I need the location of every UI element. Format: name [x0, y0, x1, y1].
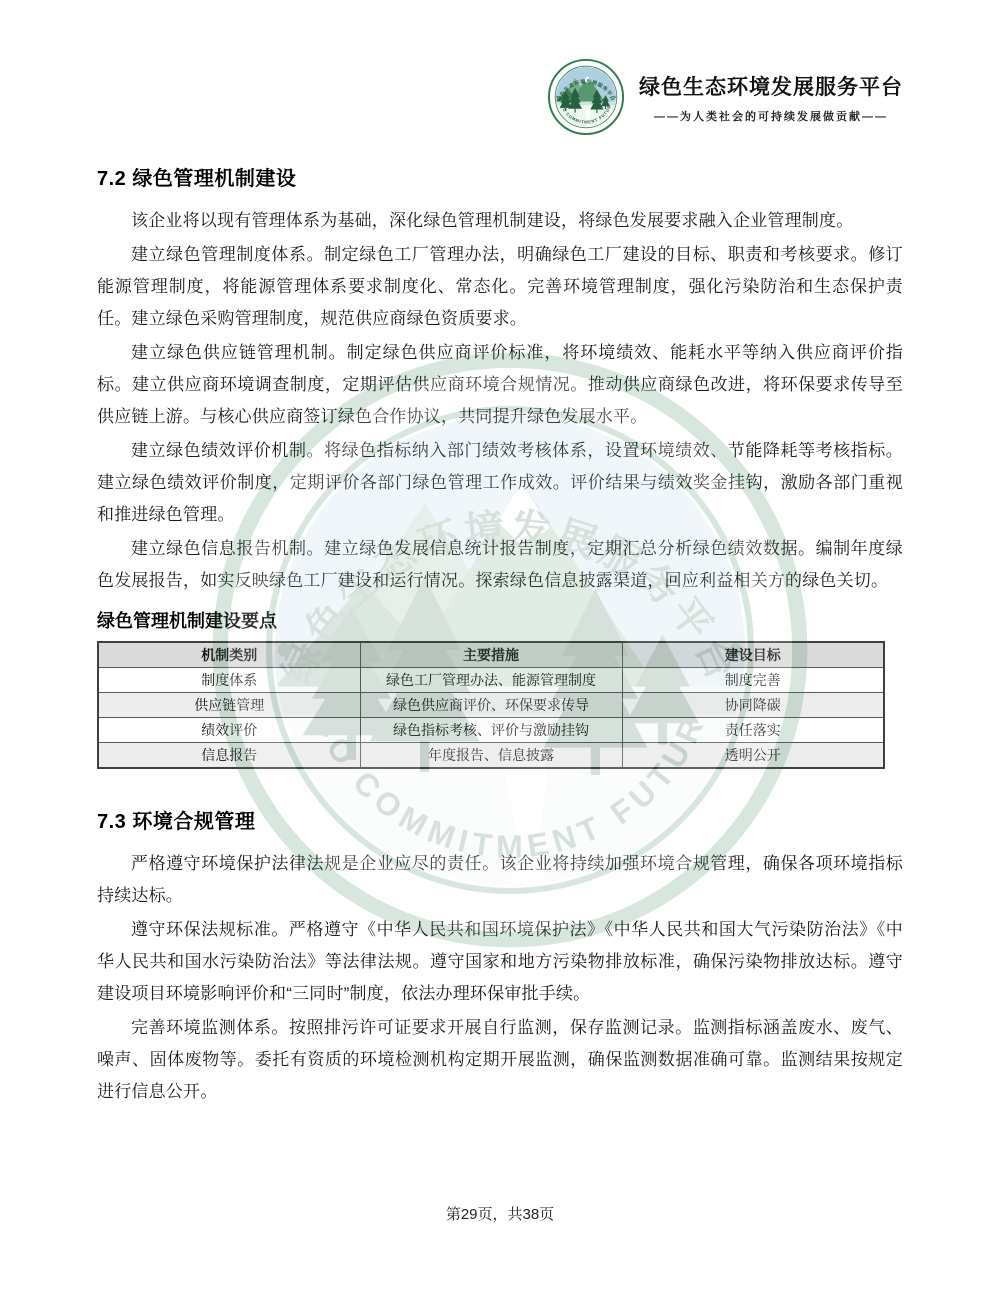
table-header-row: 机制类别 主要措施 建设目标 — [98, 642, 884, 668]
document-body: 7.2 绿色管理机制建设 该企业将以现有管理体系为基础，深化绿色管理机制建设，将… — [97, 162, 903, 1110]
column-header: 主要措施 — [360, 642, 622, 668]
page-footer: 第29页，共38页 — [0, 1203, 1000, 1224]
table-cell: 绩效评价 — [98, 718, 360, 743]
paragraph: 完善环境监测体系。按照排污许可证要求开展自行监测，保存监测记录。监测指标涵盖废水… — [97, 1012, 903, 1108]
paragraph: 建立绿色管理制度体系。制定绿色工厂管理办法，明确绿色工厂建设的目标、职责和考核要… — [97, 239, 903, 335]
table-title: 绿色管理机制建设要点 — [97, 607, 903, 633]
page-header: 绿色生态环境发展服务平台 ——为人类社会的可持续发展做贡献—— — [547, 58, 903, 136]
table-cell: 制度体系 — [98, 668, 360, 693]
paragraph: 建立绿色绩效评价机制。将绿色指标纳入部门绩效考核体系，设置环境绩效、节能降耗等考… — [97, 435, 903, 531]
table-row: 信息报告 年度报告、信息披露 透明公开 — [98, 743, 884, 769]
brand-title: 绿色生态环境发展服务平台 — [639, 71, 903, 101]
table-cell: 绿色指标考核、评价与激励挂钩 — [360, 718, 622, 743]
table-cell: 责任落实 — [622, 718, 884, 743]
table-cell: 绿色工厂管理办法、能源管理制度 — [360, 668, 622, 693]
paragraph: 建立绿色信息报告机制。建立绿色发展信息统计报告制度，定期汇总分析绿色绩效数据。编… — [97, 533, 903, 597]
paragraph: 该企业将以现有管理体系为基础，深化绿色管理机制建设，将绿色发展要求融入企业管理制… — [97, 205, 903, 237]
table-cell: 制度完善 — [622, 668, 884, 693]
table-cell: 透明公开 — [622, 743, 884, 769]
brand-tagline: ——为人类社会的可持续发展做贡献—— — [639, 108, 903, 124]
page-number: 第29页，共38页 — [446, 1206, 554, 1223]
table-cell: 年度报告、信息披露 — [360, 743, 622, 769]
table-row: 制度体系 绿色工厂管理办法、能源管理制度 制度完善 — [98, 668, 884, 693]
table-cell: 供应链管理 — [98, 693, 360, 718]
mechanism-table: 机制类别 主要措施 建设目标 制度体系 绿色工厂管理办法、能源管理制度 制度完善… — [97, 641, 885, 769]
company-emblem-logo-icon — [547, 58, 625, 136]
brand-text-block: 绿色生态环境发展服务平台 ——为人类社会的可持续发展做贡献—— — [639, 71, 903, 124]
paragraph: 建立绿色供应链管理机制。制定绿色供应商评价标准，将环境绩效、能耗水平等纳入供应商… — [97, 337, 903, 433]
column-header: 建设目标 — [622, 642, 884, 668]
table-row: 绩效评价 绿色指标考核、评价与激励挂钩 责任落实 — [98, 718, 884, 743]
paragraph: 严格遵守环境保护法律法规是企业应尽的责任。该企业将持续加强环境合规管理，确保各项… — [97, 848, 903, 912]
table-cell: 信息报告 — [98, 743, 360, 769]
section-heading-7-2: 7.2 绿色管理机制建设 — [97, 162, 903, 191]
table-cell: 绿色供应商评价、环保要求传导 — [360, 693, 622, 718]
section-heading-7-3: 7.3 环境合规管理 — [97, 805, 903, 834]
column-header: 机制类别 — [98, 642, 360, 668]
paragraph: 遵守环保法规标准。严格遵守《中华人民共和国环境保护法》《中华人民共和国大气污染防… — [97, 914, 903, 1010]
table-cell: 协同降碳 — [622, 693, 884, 718]
table-row: 供应链管理 绿色供应商评价、环保要求传导 协同降碳 — [98, 693, 884, 718]
